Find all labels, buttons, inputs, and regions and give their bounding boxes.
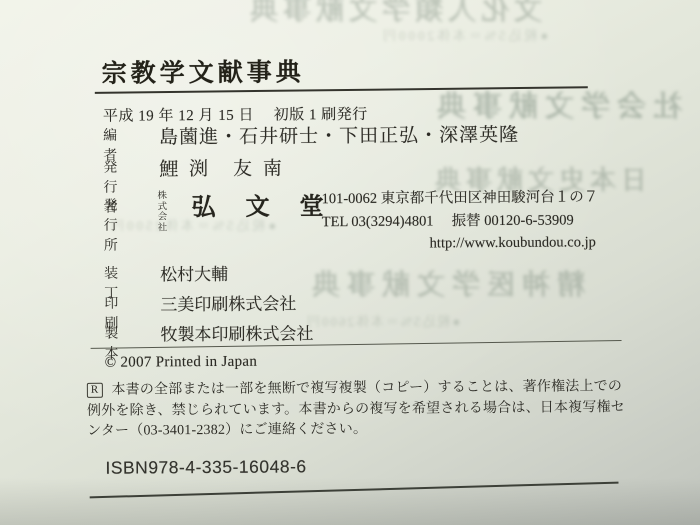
editor-names: 島薗進・石井研士・下田正弘・深澤英隆 bbox=[159, 120, 519, 150]
notice-text-1: 本書の全部または一部を無断で複写複製（コピー）することは、著作権法上での bbox=[111, 379, 622, 398]
reproduction-notice: R本書の全部または一部を無断で複写複製（コピー）することは、著作権法上での 例外… bbox=[87, 377, 625, 442]
copyright-line: © 2007 Printed in Japan bbox=[105, 354, 258, 372]
bindery-name: 牧製本印刷株式会社 bbox=[160, 319, 313, 345]
publisher-contact-block: 101-0062 東京都千代田区神田駿河台１の７ TEL 03(3294)480… bbox=[321, 186, 595, 255]
corporation-type-stack: 株式会社 bbox=[158, 191, 169, 233]
designer-name: 松村大輔 bbox=[160, 260, 228, 285]
printer-name: 三美印刷株式会社 bbox=[160, 289, 296, 315]
bottom-rule bbox=[90, 482, 619, 499]
publisher-address: 101-0062 東京都千代田区神田駿河台１の７ bbox=[321, 186, 595, 210]
corporation-type-top: 株式 bbox=[158, 191, 169, 212]
publisher-company-label: 発行所 bbox=[104, 195, 118, 255]
publisher-tel-furikae: TEL 03(3294)4801 振替 00120-6-53909 bbox=[322, 209, 596, 233]
book-colophon-page-photo: 文化人類学文献事典 ●税込5%＝本体2000円 社会学文献事典 日本史文献事典 … bbox=[0, 0, 700, 525]
notice-line-3: ンター（03-3401-2382）にご連絡ください。 bbox=[87, 418, 625, 442]
reproduction-rights-mark: R bbox=[87, 382, 103, 397]
publisher-person-name: 鯉 渕 友 南 bbox=[159, 153, 285, 181]
publisher-url: http://www.koubundou.co.jp bbox=[322, 231, 596, 255]
isbn-number: ISBN978-4-335-16048-6 bbox=[105, 456, 306, 478]
notice-line-2: 例外を除き、禁じられています。本書からの複写を希望される場合は、日本複写権セ bbox=[87, 398, 625, 422]
publisher-company-name: 弘 文 堂 bbox=[191, 186, 335, 222]
corporation-type-bottom: 会社 bbox=[158, 212, 169, 233]
colophon-content: 宗教学文献事典 平成 19 年 12 月 15 日 初版 1 刷発行 編 者 島… bbox=[0, 0, 700, 525]
book-title: 宗教学文献事典 bbox=[102, 52, 305, 89]
